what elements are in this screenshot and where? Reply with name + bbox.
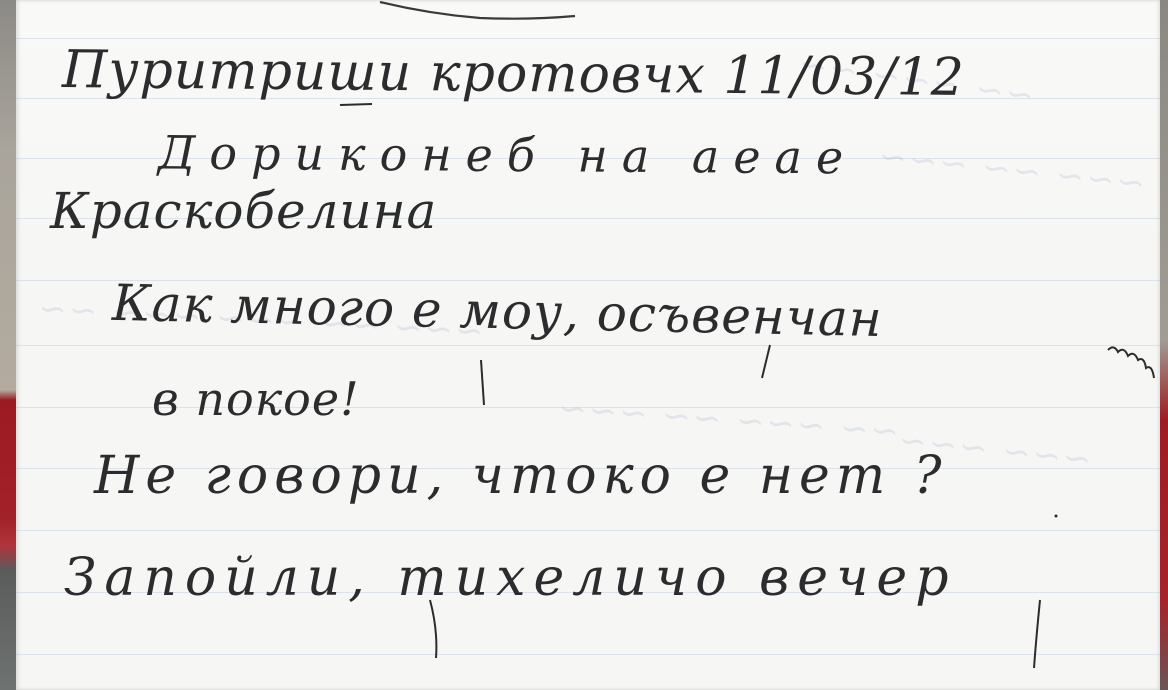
handwritten-line-1: Пуритриши кротовчх 11/03/12 (62, 40, 965, 108)
handwritten-line-5: в покое! (152, 372, 360, 426)
handwritten-line-7: Запойли, тихеличо вечер (64, 548, 956, 608)
pen-stroke (430, 600, 436, 658)
photo-scene: ~~ ~~~ ~~ ~~~ ~~ ~~~ ~~~ ~~ ~~~ ~~~ ~~ ~… (0, 0, 1168, 690)
pen-stroke (1034, 600, 1040, 668)
ink-dot (1055, 515, 1058, 518)
pen-stroke (481, 360, 484, 405)
pen-stroke (380, 2, 575, 19)
handwritten-line-2: Дориконеб на аеае (158, 126, 858, 185)
pen-stroke (340, 104, 372, 105)
pen-stroke (1108, 347, 1154, 378)
handwritten-line-3: Краскобелина (50, 182, 437, 240)
pen-stroke (762, 345, 770, 378)
handwritten-line-6: Не говори, чтоко е нет ? (94, 446, 948, 506)
